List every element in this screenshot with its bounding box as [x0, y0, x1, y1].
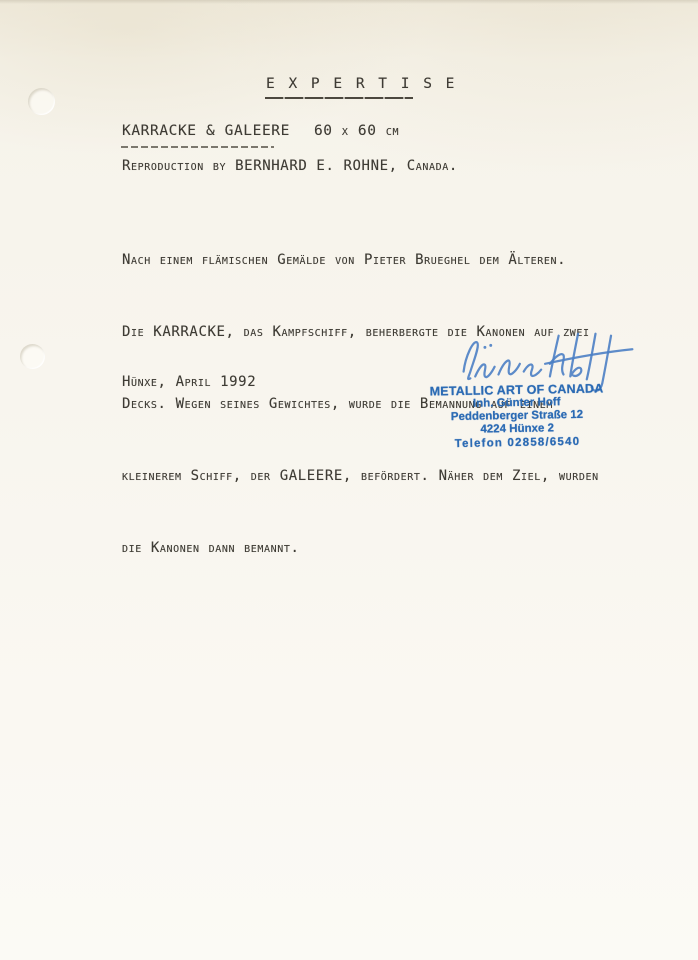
reproduction-line: Reproduction by BERNHARD E. ROHNE, Canad… [122, 158, 458, 174]
body-line: Nach einem flämischen Gemälde von Pieter… [122, 248, 599, 272]
artwork-name-underline [121, 146, 274, 148]
artwork-size: 60 x 60 cm [314, 123, 399, 139]
body-line: die Kanonen dann bemannt. [122, 536, 599, 560]
hole-punch-top [28, 88, 55, 115]
page-title: E X P E R T I S E [266, 76, 457, 92]
scanned-expertise-document: E X P E R T I S E KARRACKE & GALEERE 60 … [0, 0, 698, 960]
body-line: kleinerem Schiff, der GALEERE, befördert… [122, 464, 599, 488]
hole-punch-bottom [20, 344, 45, 369]
artwork-name: KARRACKE & GALEERE [122, 123, 290, 139]
date-line: Hünxe, April 1992 [122, 374, 256, 390]
company-stamp: METALLIC ART OF CANADA Inh. Günter Hoff … [427, 381, 606, 451]
title-underline [265, 97, 413, 99]
artwork-line: KARRACKE & GALEERE 60 x 60 cm [122, 123, 399, 139]
